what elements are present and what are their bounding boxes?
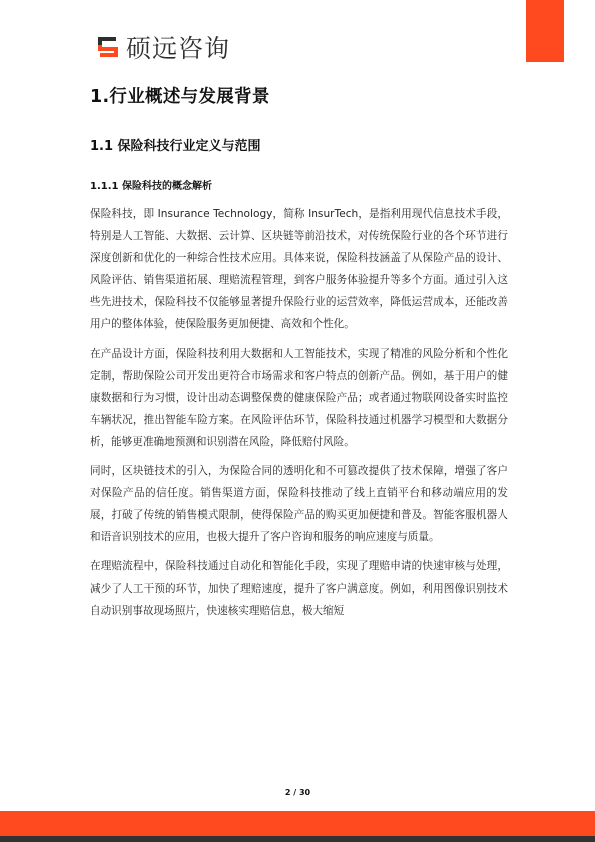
paragraph: 保险科技，即 Insurance Technology，简称 InsurTech…: [90, 203, 508, 336]
paragraph: 同时，区块链技术的引入，为保险合同的透明化和不可篡改提供了技术保障，增强了客户对…: [90, 460, 508, 548]
paragraph: 在理赔流程中，保险科技通过自动化和智能化手段，实现了理赔申请的快速审核与处理，减…: [90, 555, 508, 621]
paragraph: 在产品设计方面，保险科技利用大数据和人工智能技术，实现了精准的风险分析和个性化定…: [90, 343, 508, 453]
footer-dark-bar: [0, 836, 595, 842]
logo-icon: [96, 35, 120, 59]
page-number: 2 / 30: [0, 788, 595, 797]
section-heading: 1.1 保险科技行业定义与范围: [90, 135, 261, 154]
body-text: 保险科技，即 Insurance Technology，简称 InsurTech…: [90, 203, 508, 629]
corner-accent-block: [526, 0, 564, 62]
chapter-heading: 1.行业概述与发展背景: [90, 83, 270, 108]
footer-accent-bar: [0, 811, 595, 836]
brand-name: 硕远咨询: [126, 29, 230, 65]
subsection-heading: 1.1.1 保险科技的概念解析: [90, 177, 212, 192]
brand-logo: 硕远咨询: [96, 33, 230, 61]
